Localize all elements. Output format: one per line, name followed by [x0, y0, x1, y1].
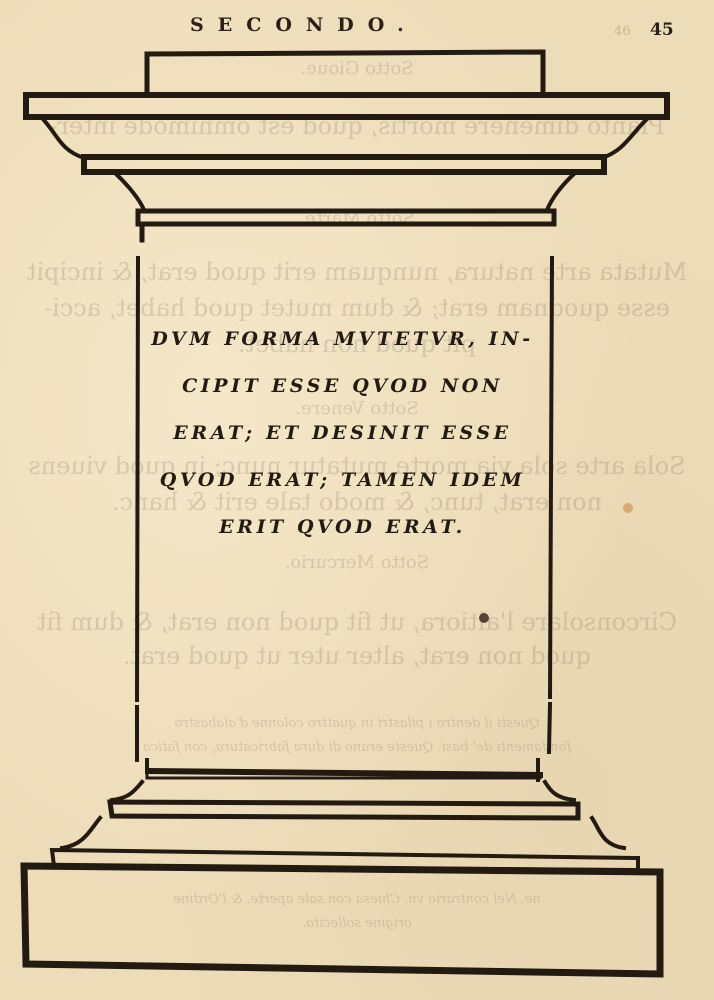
pedestal-capital-band: [138, 211, 554, 240]
pedestal-cornice-slab: [26, 95, 667, 117]
foxing-stain: [623, 503, 633, 513]
pedestal-top-block: [147, 52, 543, 92]
inscription-line: QVOD ERAT; TAMEN IDEM: [145, 465, 540, 512]
pedestal-base-torus: [112, 782, 574, 800]
pedestal-base-middle-band: [110, 802, 578, 818]
pedestal-cavetto: [115, 173, 575, 210]
inscription-line: ERIT QVOD ERAT.: [145, 512, 540, 559]
pedestal-base-upper-band: [147, 760, 540, 780]
inscription-line: ERAT; ET DESINIT ESSE: [145, 418, 540, 465]
pedestal-upper-band: [84, 157, 604, 172]
pedestal-base-scotia: [62, 818, 624, 848]
pedestal-plinth: [24, 866, 660, 974]
pedestal-inscription: DVM FORMA MVTETVR, IN- CIPIT ESSE QVOD N…: [145, 324, 540, 559]
book-page: Sotto Gioue. Pianto dimenere mortis, quo…: [0, 0, 714, 1000]
ink-stain: [479, 613, 489, 623]
inscription-line: CIPIT ESSE QVOD NON: [145, 371, 540, 418]
pedestal-cornice-molding: [42, 118, 648, 158]
inscription-line: DVM FORMA MVTETVR, IN-: [145, 324, 540, 371]
